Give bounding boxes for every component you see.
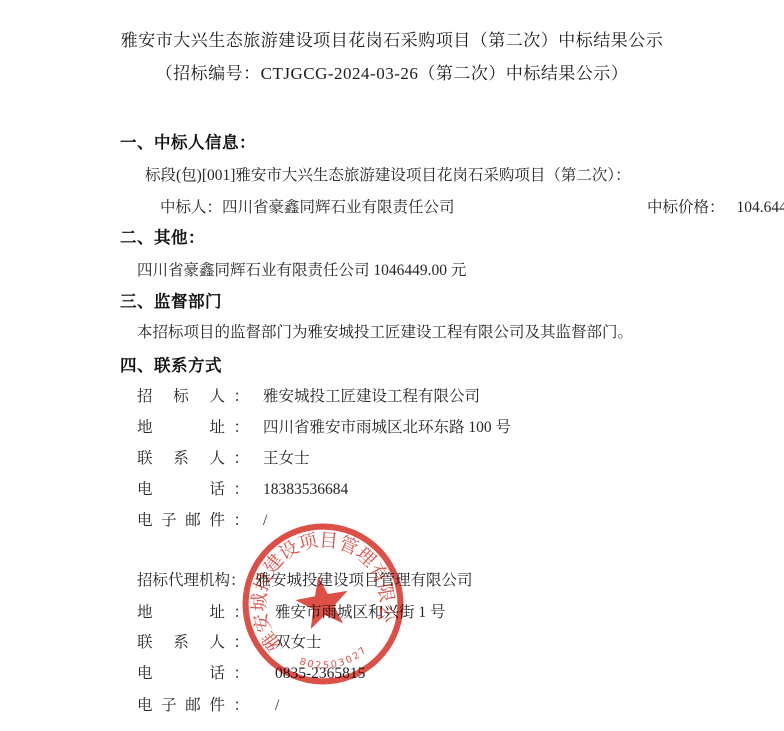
contact-row: 地 址：雅安市雨城区和兴街 1 号 [137, 600, 446, 622]
supervision-line: 本招标项目的监督部门为雅安城投工匠建设工程有限公司及其监督部门。 [137, 320, 633, 342]
other-amount-line: 四川省豪鑫同辉石业有限责任公司 1046449.00 元 [137, 258, 466, 280]
contact-value: 0835-2365815 [275, 665, 365, 682]
contact-label: 地 址： [137, 600, 249, 622]
contact-value: 王女士 [263, 450, 310, 467]
contact-label: 招 标 人： [137, 384, 249, 406]
page-title: 雅安市大兴生态旅游建设项目花岗石采购项目（第二次）中标结果公示 [0, 26, 784, 51]
lot-line: 标段(包)[001]雅安市大兴生态旅游建设项目花岗石采购项目（第二次）： [145, 163, 631, 185]
section-3-heading: 三、监督部门 [120, 288, 222, 312]
contact-row: 电 话：18383536684 [137, 477, 348, 499]
contact-label: 联 系 人： [137, 630, 249, 652]
seal-serial: 8025030279 [222, 504, 372, 686]
contact-value: / [275, 697, 279, 714]
price-block: 中标价格：104.644900 万元 [647, 195, 784, 217]
contact-label: 招标代理机构： [137, 568, 246, 590]
contact-label: 电子邮件： [137, 693, 249, 715]
contact-value: 雅安市雨城区和兴街 1 号 [275, 604, 446, 621]
contact-value: 双女士 [275, 634, 322, 651]
price-label: 中标价格： [647, 199, 725, 216]
contact-row: 联 系 人：双女士 [137, 630, 322, 652]
contact-row: 招 标 人：雅安城投工匠建设工程有限公司 [137, 384, 480, 406]
page-subtitle: （招标编号：CTJGCG-2024-03-26（第二次）中标结果公示） [0, 59, 784, 84]
section-2-heading: 二、其他： [120, 224, 205, 248]
contact-label: 地 址： [137, 415, 249, 437]
contact-row: 电 话：0835-2365815 [137, 661, 365, 683]
contact-row: 电子邮件：/ [137, 693, 279, 715]
price-value: 104.644900 万元 [737, 199, 784, 216]
contact-value: 雅安城投建设项目管理有限公司 [256, 572, 473, 589]
contact-row: 招标代理机构：雅安城投建设项目管理有限公司 [137, 568, 473, 590]
section-1-heading: 一、中标人信息： [120, 129, 256, 153]
contact-label: 联 系 人： [137, 446, 249, 468]
contact-label: 电 话： [137, 661, 249, 683]
winner-value: 四川省豪鑫同辉石业有限责任公司 [222, 199, 455, 216]
contact-value: / [263, 512, 267, 529]
contact-row: 地 址：四川省雅安市雨城区北环东路 100 号 [137, 415, 511, 437]
winner-label: 中标人： [160, 199, 222, 216]
contact-value: 四川省雅安市雨城区北环东路 100 号 [263, 419, 511, 436]
contact-row: 联 系 人：王女士 [137, 446, 310, 468]
contact-row: 电子邮件：/ [137, 508, 267, 530]
contact-label: 电 话： [137, 477, 249, 499]
contact-value: 18383536684 [263, 481, 348, 498]
section-4-heading: 四、联系方式 [120, 352, 222, 376]
scanned-document-page: 雅安市大兴生态旅游建设项目花岗石采购项目（第二次）中标结果公示 （招标编号：CT… [0, 0, 784, 731]
winner-row: 中标人：四川省豪鑫同辉石业有限责任公司 中标价格：104.644900 万元 [160, 195, 760, 217]
contact-value: 雅安城投工匠建设工程有限公司 [263, 388, 480, 405]
contact-label: 电子邮件： [137, 508, 249, 530]
